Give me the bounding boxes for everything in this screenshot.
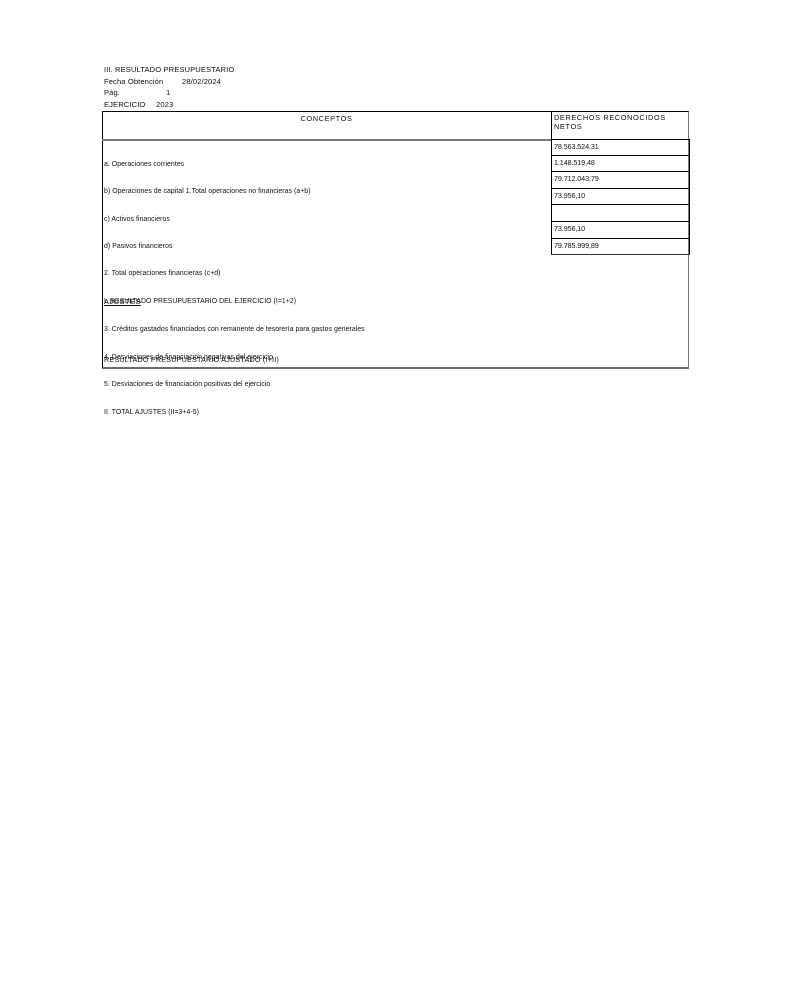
concept-row: b) Operaciones de capital 1.Total operac… [104,187,311,196]
value-cell: 73.956,10 [551,189,690,206]
resultado-ajustado: RESULTADO PRESUPUESTARIO AJUSTADO (I+II) [104,355,279,364]
concept-row: d) Pasivos financieros [104,242,311,251]
column-header-conceptos: CONCEPTOS [102,114,551,123]
ajuste-row: 3. Créditos gastados financiados con rem… [104,325,365,334]
value-cell [551,205,690,222]
ajustes-section: AJUSTES 3. Créditos gastados financiados… [104,279,365,426]
value-cell: 79.785.999,89 [551,239,690,256]
page-number: Pág.1 [104,88,170,97]
ejercicio-label: EJERCICIO [104,100,156,109]
header-divider [102,139,551,141]
fecha-value: 28/02/2024 [182,77,221,86]
fecha-obtencion: Fecha Obtención28/02/2024 [104,77,221,86]
pag-value: 1 [166,88,170,97]
ajuste-row: 5. Desviaciones de financiación positiva… [104,380,365,389]
concept-row: 2. Total operaciones financieras (c+d) [104,269,311,278]
pag-label: Pág. [104,88,166,97]
fecha-label: Fecha Obtención [104,77,182,86]
column-header-derechos: DERECHOS RECONOCIDOS NETOS [551,111,689,139]
values-column: 78.563.524,31 1.148.519,48 79.712.043,79… [551,139,690,255]
ejercicio-value: 2023 [156,100,173,109]
concept-row: c) Activos financieros [104,215,311,224]
ajustes-heading: AJUSTES [104,297,365,306]
report-title: III. RESULTADO PRESUPUESTARIO [104,65,234,74]
ejercicio: EJERCICIO2023 [104,100,173,109]
value-cell: 1.148.519,48 [551,156,690,173]
concept-row: a. Operaciones corrientes [104,160,311,169]
ajuste-row: II. TOTAL AJUSTES (II=3+4-5) [104,408,365,417]
value-cell: 78.563.524,31 [551,139,690,156]
value-cell: 73.956,10 [551,222,690,239]
value-cell: 79.712.043,79 [551,172,690,189]
